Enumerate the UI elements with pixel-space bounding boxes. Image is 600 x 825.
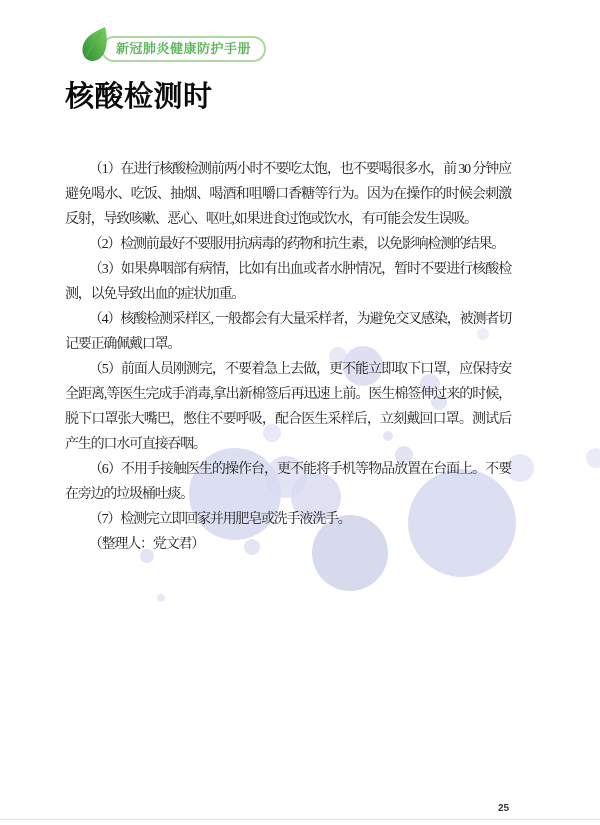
page-title: 核酸检测时 xyxy=(65,80,213,114)
paragraph-6: （6）不用手接触医生的操作台，更不能将手机等物品放置在台面上。不要在旁边的垃圾桶… xyxy=(65,457,511,507)
paragraph-3: （3）如果鼻咽部有病情，比如有出血或者水肿情况，暂时不要进行核酸检测，以免导致出… xyxy=(65,257,511,307)
paragraph-2: （2）检测前最好不要服用抗病毒的药物和抗生素，以免影响检测的结果。 xyxy=(65,232,511,257)
paragraph-1: （1）在进行核酸检测前两小时不要吃太饱，也不要喝很多水，前 30 分钟应避免喝水… xyxy=(65,157,511,232)
leaf-icon xyxy=(77,24,111,64)
badge-label: 新冠肺炎健康防护手册 xyxy=(101,36,266,62)
page-number: 25 xyxy=(498,803,509,814)
paragraph-5: （5）前面人员刚测完，不要着急上去做，更不能立即取下口罩，应保持安全距离,等医生… xyxy=(65,357,511,457)
page-bottom-divider xyxy=(0,819,600,820)
paragraph-7: （7）检测完立即回家并用肥皂或洗手液洗手。 xyxy=(65,507,511,532)
signature: （整理人：党文君） xyxy=(65,532,511,557)
paragraph-4: （4）核酸检测采样区, 一般都会有大量采样者，为避免交叉感染，被测者切记要正确佩… xyxy=(65,307,511,357)
body-text: （1）在进行核酸检测前两小时不要吃太饱，也不要喝很多水，前 30 分钟应避免喝水… xyxy=(65,157,511,557)
handbook-page: 新冠肺炎健康防护手册 核酸检测时 （1）在进行核酸检测前两小时不要吃太饱，也不要… xyxy=(0,0,600,825)
